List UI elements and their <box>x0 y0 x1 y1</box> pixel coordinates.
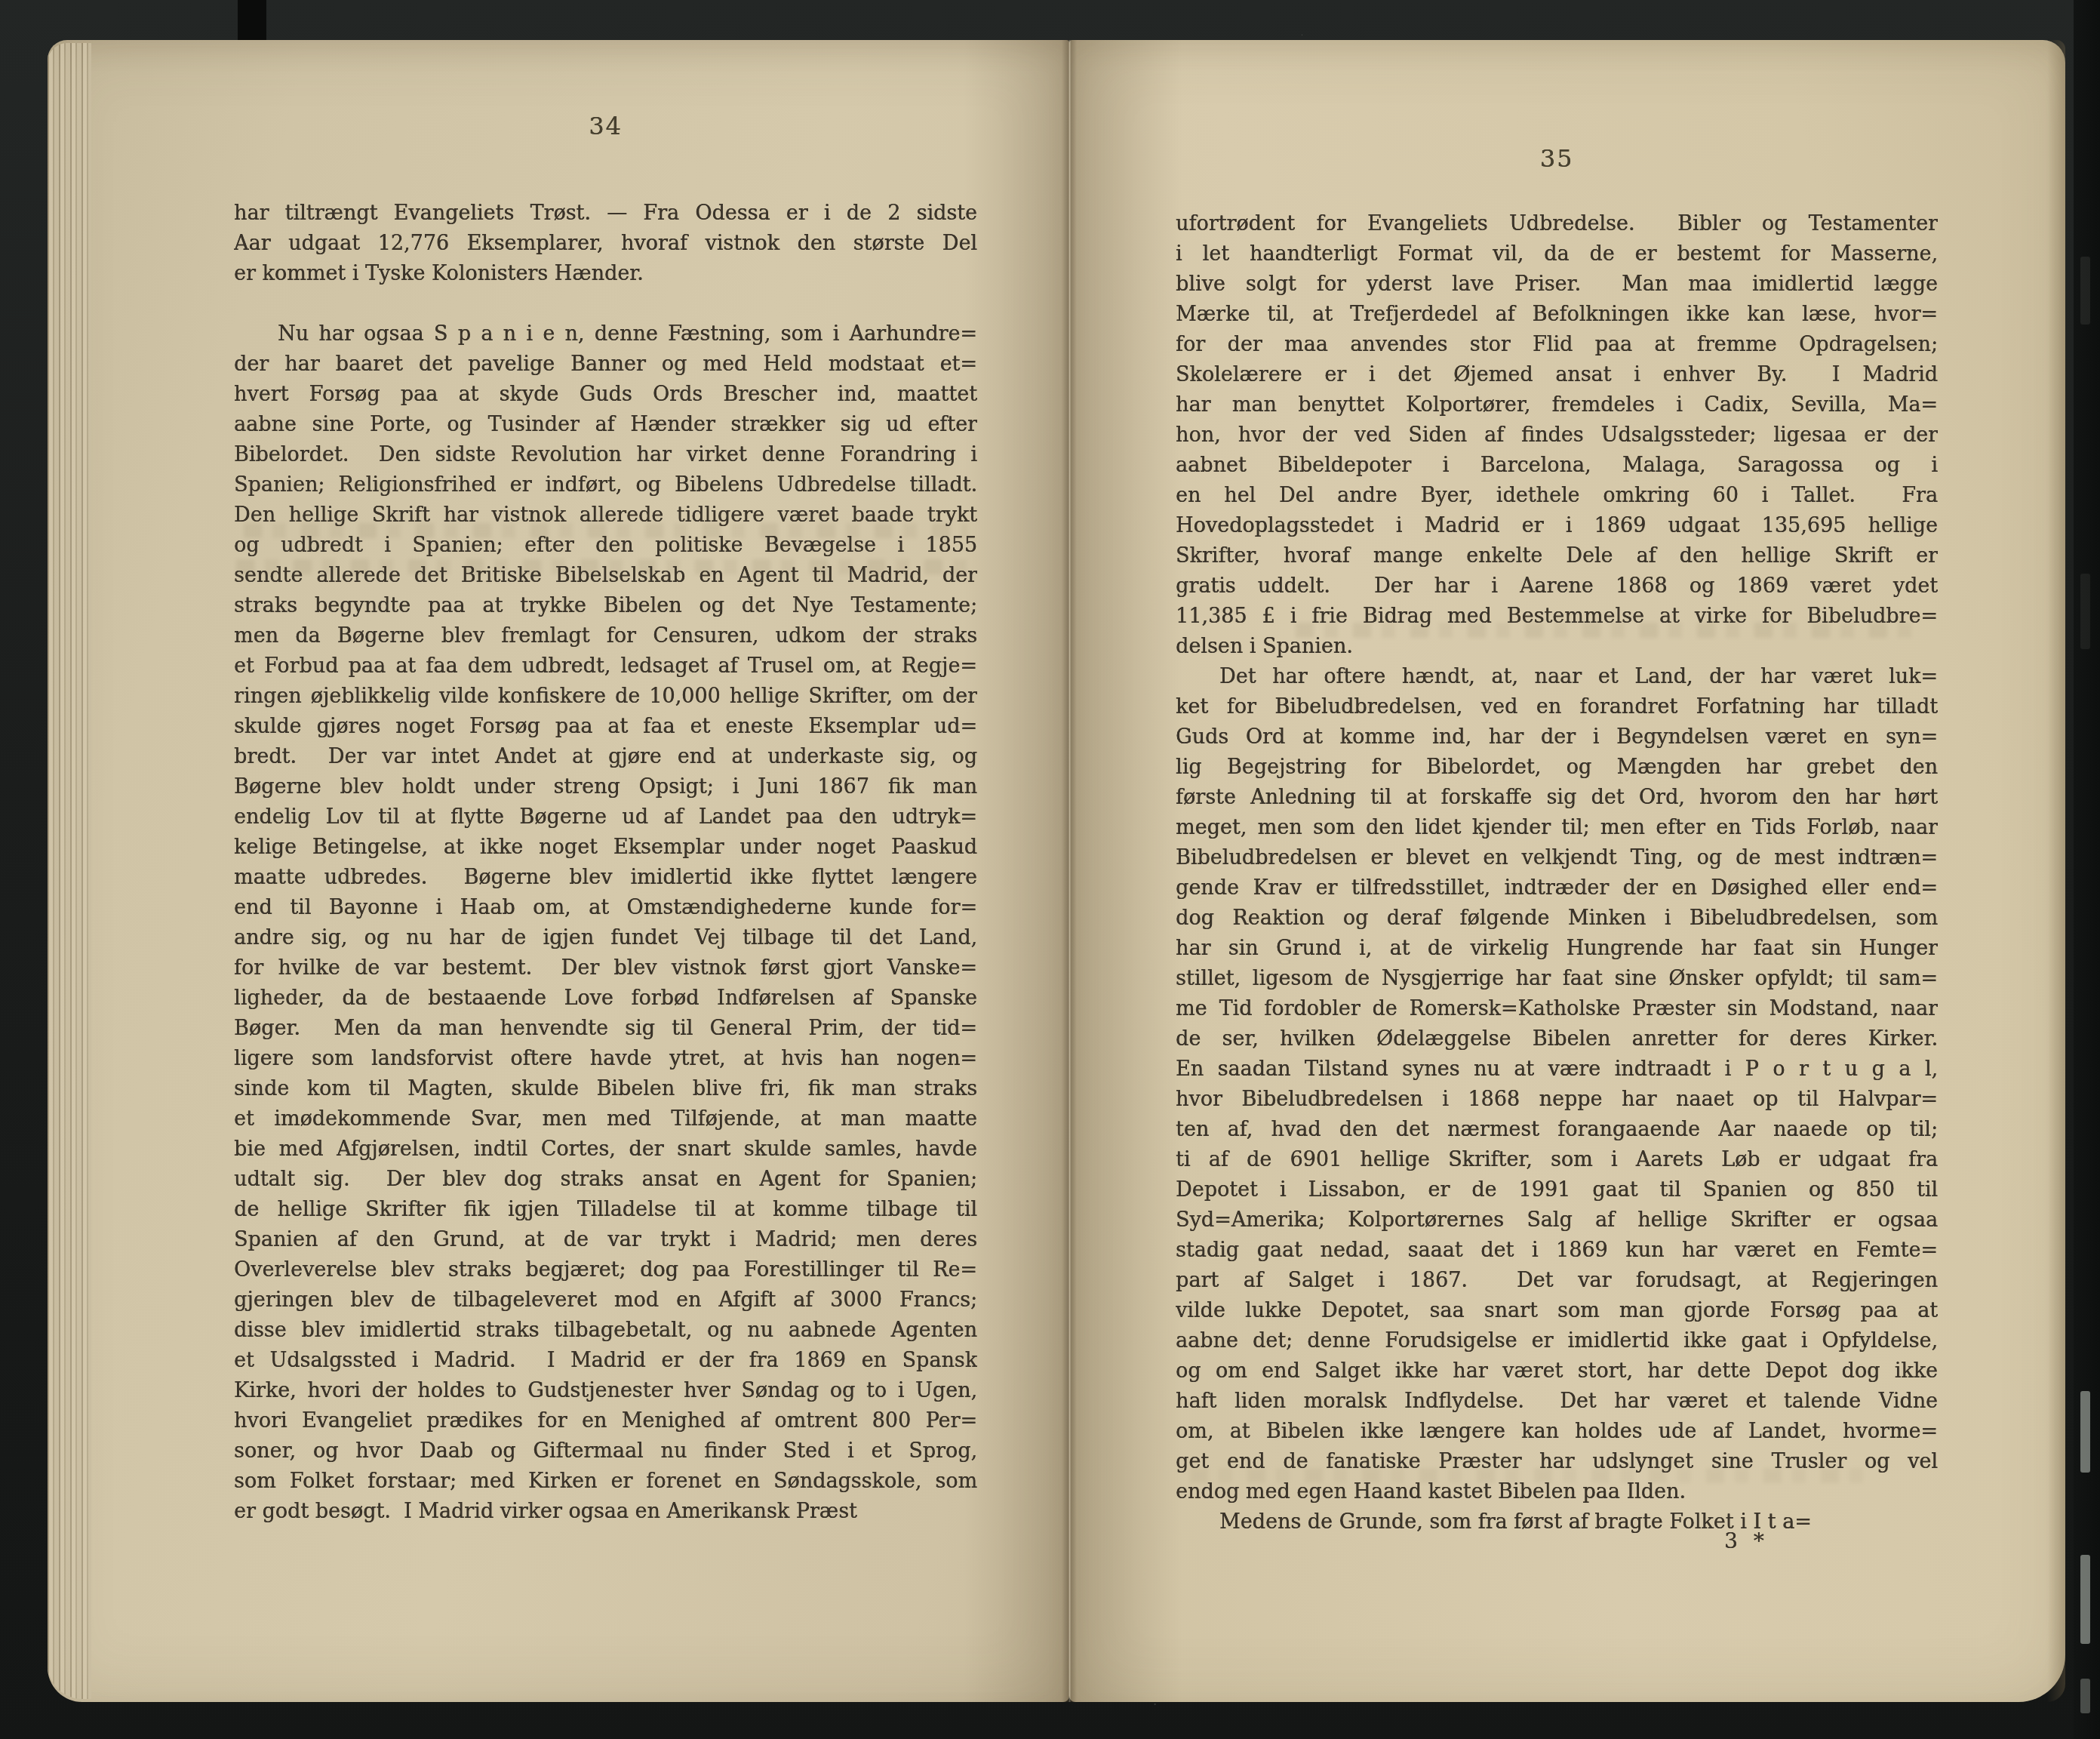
text-line: get end de fanatiske Præster har udslyng… <box>1176 1447 1938 1477</box>
text-line: der har baaret det pavelige Banner og me… <box>234 349 977 380</box>
text-line: lig Begejstring for Bibelordet, og Mængd… <box>1176 753 1938 783</box>
text-line: andre sig, og nu har de igjen fundet Vej… <box>234 923 977 953</box>
paragraph: har tiltrængt Evangeliets Trøst. — Fra O… <box>234 199 977 289</box>
text-line: hon, hvor der ved Siden af findes Udsalg… <box>1176 420 1938 451</box>
text-line: har sin Grund i, at de virkelig Hungrend… <box>1176 934 1938 964</box>
text-line: soner, og hvor Daab og Giftermaal nu fin… <box>234 1436 977 1467</box>
text-line: straks begyndte paa at trykke Bibelen og… <box>234 591 977 621</box>
text-line: Overleverelse blev straks begjæret; dog … <box>234 1255 977 1285</box>
text-line: stadig gaat nedad, saaat det i 1869 kun … <box>1176 1236 1938 1266</box>
text-line: blive solgt for yderst lave Priser. Man … <box>1176 269 1938 300</box>
text-line: et Udsalgssted i Madrid. I Madrid er der… <box>234 1346 977 1376</box>
book-gutter-crease <box>1062 40 1077 1702</box>
text-line: Kirke, hvori der holdes to Gudstjenester… <box>234 1376 977 1406</box>
open-book: 34 har tiltrængt Evangeliets Trøst. — Fr… <box>48 40 2065 1702</box>
text-line: disse blev imidlertid straks tilbagebeta… <box>234 1316 977 1346</box>
text-line: om, at Bibelen ikke længere kan holdes u… <box>1176 1417 1938 1447</box>
strap-stitch <box>2080 1391 2090 1473</box>
text-line: ti af de 6901 hellige Skrifter, som i Aa… <box>1176 1145 1938 1175</box>
text-line: me Tid fordobler de Romersk=Katholske Pr… <box>1176 994 1938 1024</box>
text-line: et imødekommende Svar, men med Tilføjend… <box>234 1104 977 1134</box>
text-line: ten af, hvad den det nærmest forangaaend… <box>1176 1115 1938 1145</box>
left-page: 34 har tiltrængt Evangeliets Trøst. — Fr… <box>48 40 1069 1702</box>
text-line: Den hellige Skrift har vistnok allerede … <box>234 500 977 531</box>
text-line: for der maa anvendes stor Flid paa at fr… <box>1176 330 1938 360</box>
text-line: udtalt sig. Der blev dog straks ansat en… <box>234 1165 977 1195</box>
text-line: de ser, hvilken Ødelæggelse Bibelen anre… <box>1176 1024 1938 1054</box>
text-line: stillet, ligesom de Nysgjerrige har faat… <box>1176 964 1938 994</box>
signature-mark: 3 * <box>1724 1528 1769 1553</box>
text-line: haft liden moralsk Indflydelse. Det har … <box>1176 1387 1938 1417</box>
text-line: en hel Del andre Byer, idethele omkring … <box>1176 481 1938 511</box>
strap-stitch <box>2080 1555 2090 1644</box>
text-line: ufortrødent for Evangeliets Udbredelse. … <box>1176 209 1938 239</box>
text-line: Hovedoplagsstedet i Madrid er i 1869 udg… <box>1176 511 1938 541</box>
text-line: aabne det; denne Forudsigelse er imidler… <box>1176 1326 1938 1356</box>
gutter-shadow-left <box>964 40 1069 1702</box>
text-line: kelige Betingelse, at ikke noget Eksempl… <box>234 833 977 863</box>
text-line: endog med egen Haand kastet Bibelen paa … <box>1176 1477 1938 1507</box>
text-line: Spanien; Religionsfrihed er indført, og … <box>234 470 977 500</box>
text-line: Aar udgaat 12,776 Eksemplarer, hvoraf vi… <box>234 229 977 259</box>
text-line: de hellige Skrifter fik igjen Tilladelse… <box>234 1195 977 1225</box>
text-line: vilde lukke Depotet, saa snart som man g… <box>1176 1296 1938 1326</box>
text-line: Det har oftere hændt, at, naar et Land, … <box>1176 662 1938 692</box>
paragraph: Det har oftere hændt, at, naar et Land, … <box>1176 662 1938 1507</box>
text-line: og om end Salget ikke har været stort, h… <box>1176 1356 1938 1387</box>
text-line: end til Bayonne i Haab om, at Omstændigh… <box>234 893 977 923</box>
text-line: Bibelordet. Den sidste Revolution har vi… <box>234 440 977 470</box>
text-line: endelig Lov til at flytte Bøgerne ud af … <box>234 802 977 833</box>
text-line: dog Reaktion og deraf følgende Minken i … <box>1176 903 1938 934</box>
text-line: delsen i Spanien. <box>1176 632 1938 662</box>
holder-strap-right <box>2074 0 2100 1739</box>
text-line: et Forbud paa at faa dem udbredt, ledsag… <box>234 651 977 682</box>
text-line: part af Salget i 1867. Det var forudsagt… <box>1176 1266 1938 1296</box>
text-line: bredt. Der var intet Andet at gjøre end … <box>234 742 977 772</box>
strap-stitch <box>2080 257 2090 325</box>
text-line: for hvilke de var bestemt. Der blev vist… <box>234 953 977 983</box>
text-line: skulde gjøres noget Forsøg paa at faa et… <box>234 712 977 742</box>
text-line: Spanien af den Grund, at de var trykt i … <box>234 1225 977 1255</box>
text-line: hvori Evangeliet prædikes for en Menighe… <box>234 1406 977 1436</box>
text-line: Bøger. Men da man henvendte sig til Gene… <box>234 1014 977 1044</box>
text-line: hvor Bibeludbredelsen i 1868 neppe har n… <box>1176 1085 1938 1115</box>
text-line: Bibeludbredelsen er blevet en velkjendt … <box>1176 843 1938 873</box>
text-line: men da Bøgerne blev fremlagt for Censure… <box>234 621 977 651</box>
left-page-text: har tiltrængt Evangeliets Trøst. — Fra O… <box>234 199 977 1527</box>
text-line: er godt besøgt. I Madrid virker ogsaa en… <box>234 1497 977 1527</box>
text-line: Syd=Amerika; Kolportørernes Salg af hell… <box>1176 1205 1938 1236</box>
right-page: 35 ufortrødent for Evangeliets Udbredels… <box>1069 40 2065 1702</box>
paragraph: ufortrødent for Evangeliets Udbredelse. … <box>1176 209 1938 662</box>
photo-backdrop: 34 har tiltrængt Evangeliets Trøst. — Fr… <box>0 0 2100 1739</box>
text-line: Bøgerne blev holdt under streng Opsigt; … <box>234 772 977 802</box>
text-line: Skrifter, hvoraf mange enkelte Dele af d… <box>1176 541 1938 571</box>
paragraph: Medens de Grunde, som fra først af bragt… <box>1176 1507 1938 1537</box>
strap-stitch <box>2080 1679 2090 1713</box>
text-line: sinde kom til Magten, skulde Bibelen bli… <box>234 1074 977 1104</box>
left-page-stack-edges <box>48 43 91 1699</box>
left-page-number: 34 <box>234 112 977 140</box>
text-line: bie med Afgjørelsen, indtil Cortes, der … <box>234 1134 977 1165</box>
text-line: maatte udbredes. Bøgerne blev imidlertid… <box>234 863 977 893</box>
text-line: En saadan Tilstand synes nu at være indt… <box>1176 1054 1938 1085</box>
right-page-edge <box>2047 40 2065 1702</box>
strap-stitch <box>2080 574 2090 649</box>
text-line: ligheder, da de bestaaende Love forbød I… <box>234 983 977 1014</box>
paragraph: Nu har ogsaa S p a n i e n, denne Fæstni… <box>234 319 977 1527</box>
text-line: i let haandterligt Format vil, da de er … <box>1176 239 1938 269</box>
text-line: gratis uddelt. Der har i Aarene 1868 og … <box>1176 571 1938 602</box>
text-line: gjeringen blev de tilbageleveret mod en … <box>234 1285 977 1316</box>
text-line: Depotet i Lissabon, er de 1991 gaat til … <box>1176 1175 1938 1205</box>
text-line: gende Krav er tilfredsstillet, indtræder… <box>1176 873 1938 903</box>
text-line: meget, men som den lidet kjender til; me… <box>1176 813 1938 843</box>
text-line: aabne sine Porte, og Tusinder af Hænder … <box>234 410 977 440</box>
text-line: har tiltrængt Evangeliets Trøst. — Fra O… <box>234 199 977 229</box>
text-line: og udbredt i Spanien; efter den politisk… <box>234 531 977 561</box>
text-line: 11,385 £ i frie Bidrag med Bestemmelse a… <box>1176 602 1938 632</box>
gutter-shadow-right <box>1069 40 1182 1702</box>
text-line: Medens de Grunde, som fra først af bragt… <box>1176 1507 1938 1537</box>
text-line: Nu har ogsaa S p a n i e n, denne Fæstni… <box>234 319 977 349</box>
text-line: hvert Forsøg paa at skyde Guds Ords Bres… <box>234 380 977 410</box>
text-line: som Folket forstaar; med Kirken er foren… <box>234 1467 977 1497</box>
text-line: ligere som landsforvist oftere havde ytr… <box>234 1044 977 1074</box>
text-line: Mærke til, at Trefjerdedel af Befolkning… <box>1176 300 1938 330</box>
holder-strap-top <box>238 0 266 44</box>
text-line: sendte allerede det Britiske Bibelselska… <box>234 561 977 591</box>
text-line: aabnet Bibeldepoter i Barcelona, Malaga,… <box>1176 451 1938 481</box>
text-line: ket for Bibeludbredelsen, ved en forandr… <box>1176 692 1938 722</box>
right-page-text: ufortrødent for Evangeliets Udbredelse. … <box>1176 209 1938 1537</box>
text-line: er kommet i Tyske Kolonisters Hænder. <box>234 259 977 289</box>
text-line: ringen øjeblikkelig vilde konfiskere de … <box>234 682 977 712</box>
text-line: første Anledning til at forskaffe sig de… <box>1176 783 1938 813</box>
text-line: Guds Ord at komme ind, har der i Begynde… <box>1176 722 1938 753</box>
right-page-number: 35 <box>1176 144 1938 173</box>
text-line: Skolelærere er i det Øjemed ansat i enhv… <box>1176 360 1938 390</box>
text-line: har man benyttet Kolportører, fremdeles … <box>1176 390 1938 420</box>
